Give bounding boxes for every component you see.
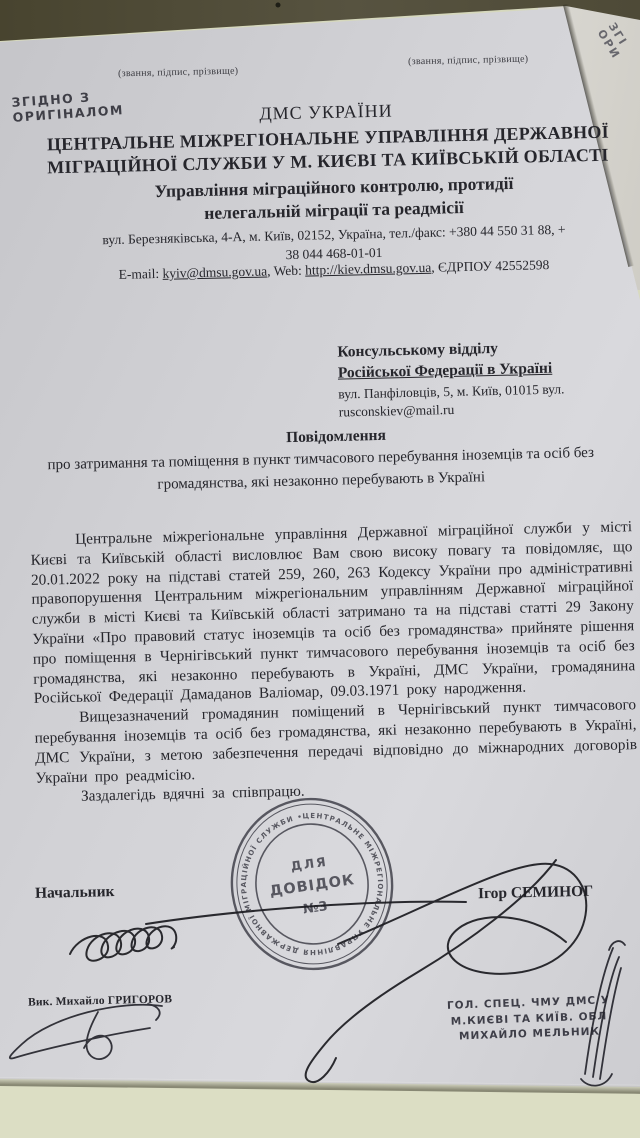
web-label: , Web:	[267, 263, 305, 279]
recipient-email: rusconskiev@mail.ru	[339, 398, 566, 421]
specialist-stamp: ГОЛ. СПЕЦ. ЧМУ ДМС У М.КИЄВІ ТА КИЇВ. ОБ…	[424, 992, 633, 1046]
letterhead-email: kyiv@dmsu.gov.ua	[162, 264, 267, 281]
signer-name: Ігор СЕМИНОГ	[478, 883, 594, 904]
signer-position-title: Начальник	[35, 883, 115, 903]
credentials-caption-left: (звання, підпис, прізвище)	[118, 66, 239, 80]
photo-of-document: ЗГІ ОРИ (звання, підпис, прізвище) (зван…	[0, 0, 640, 1138]
document-content: (звання, підпис, прізвище) (звання, підп…	[0, 0, 640, 1138]
executor-name: Вик. Михайло ГРИГОРОВ	[28, 993, 172, 1008]
body-paragraph-1: Центральне міжрегіональне управління Дер…	[30, 517, 636, 709]
letterhead-web: http://kiev.dmsu.gov.ua	[305, 260, 431, 278]
body-paragraph-2: Вищезазначений громадянин поміщений в Че…	[34, 695, 638, 788]
recipient-block: Консульському відділу Російської Федерац…	[337, 336, 565, 421]
recipient-line2: Російської Федерації в Україні	[338, 357, 565, 383]
edrpou-code: , ЄДРПОУ 42552598	[431, 257, 549, 275]
email-label: E-mail:	[119, 266, 163, 282]
letter-body: Центральне міжрегіональне управління Дер…	[30, 517, 638, 808]
document-subtitle: про затримання та поміщення в пункт тимч…	[38, 443, 605, 499]
credentials-caption-right: (звання, підпис, прізвище)	[408, 54, 529, 68]
